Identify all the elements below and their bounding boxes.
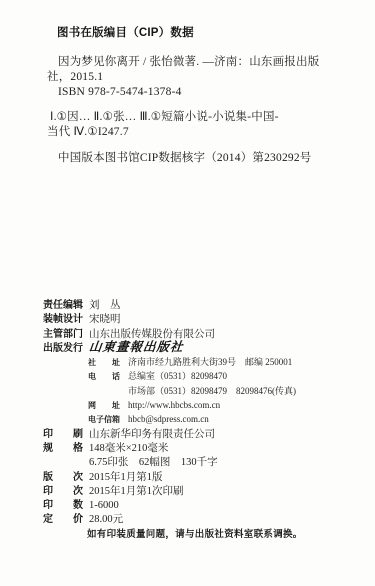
colophon-row-editor: 责任编辑刘 丛 [43,297,353,311]
cip-entry-line1: 因为梦见你离开 / 张怡微著. —济南：山东画报出版 [58,55,345,70]
field-label: 电 话 [88,370,122,384]
colophon-row-website: 网 址http://www.hbcbs.com.cn [43,397,353,411]
field-value: 148毫米×210毫米 [89,443,168,454]
quality-notice: 如有印装质量问题，请与出版社资料室联系调换。 [87,526,303,540]
colophon-row-designer: 装帧设计宋晓明 [43,311,353,325]
field-value: 2015年1月第1次印刷 [89,486,184,497]
cip-block: 图书在版编目（CIP）数据 因为梦见你离开 / 张怡微著. —济南：山东画报出版… [47,26,345,166]
colophon-row-impression: 印 次2015年1月第1次印刷 [43,483,353,497]
colophon-row-phone: 电 话总编室（0531）82098470 [43,368,353,382]
colophon-row-format-2: 6.75印张 62幅图 130千字 [43,454,353,468]
cip-class-line1: Ⅰ.①因… Ⅱ.①张… Ⅲ.①短篇小说-小说集-中国- [50,110,345,125]
colophon-row-address: 社 址济南市经九路胜利大街39号 邮编 250001 [43,354,353,368]
field-value: 1-6000 [89,500,119,511]
field-value: http://www.hbcbs.com.cn [128,400,220,410]
field-value: 刘 丛 [89,300,121,311]
cip-record-number: 中国版本图书馆CIP数据核字（2014）第230292号 [58,151,345,166]
colophon-block: 责任编辑刘 丛 装帧设计宋晓明 主管部门山东出版传媒股份有限公司 出版发行山東畫… [43,297,353,526]
field-label: 定 价 [43,513,85,527]
cip-entry: 因为梦见你离开 / 张怡微著. —济南：山东画报出版 社，2015.1 ISBN… [47,55,345,100]
copyright-page: 图书在版编目（CIP）数据 因为梦见你离开 / 张怡微著. —济南：山东画报出版… [0,0,375,586]
colophon-row-print-run: 印 数1-6000 [43,497,353,511]
field-value: 28.00元 [89,514,123,525]
field-value: 宋晓明 [89,314,121,325]
field-value: 山东出版传媒股份有限公司 [89,329,215,340]
cip-classification: Ⅰ.①因… Ⅱ.①张… Ⅲ.①短篇小说-小说集-中国- 当代 Ⅳ.①I247.7 [47,110,345,140]
colophon-row-printer: 印 刷山东新华印务有限责任公司 [43,426,353,440]
cip-header: 图书在版编目（CIP）数据 [57,26,345,41]
field-value: 济南市经九路胜利大街39号 邮编 250001 [128,357,292,367]
field-value: 2015年1月第1版 [89,472,163,483]
colophon-row-publisher: 出版发行山東畫報出版社 [43,340,353,354]
field-value: hbcb@sdpress.com.cn [128,414,209,424]
field-value: 山东新华印务有限责任公司 [89,429,215,440]
cip-entry-line2: 社，2015.1 [47,70,345,85]
colophon-row-supervisor: 主管部门山东出版传媒股份有限公司 [43,326,353,340]
colophon-row-price: 定 价28.00元 [43,511,353,525]
colophon-row-phone-2: 市场部（0531）82098479 82098476(传真) [43,383,353,397]
cip-class-line2: 当代 Ⅳ.①I247.7 [47,125,345,140]
field-label: 规 格 [43,442,85,456]
publisher-logotype: 山東畫報出版社 [88,340,184,354]
colophon-row-format: 规 格148毫米×210毫米 [43,440,353,454]
field-value: 总编室（0531）82098470 [128,371,227,381]
field-value: 6.75印张 62幅图 130千字 [89,457,218,468]
cip-isbn: ISBN 978-7-5474-1378-4 [58,85,345,100]
colophon-row-edition: 版 次2015年1月第1版 [43,469,353,483]
field-label: 出版发行 [43,342,85,356]
field-value: 市场部（0531）82098479 82098476(传真) [128,386,296,396]
colophon-row-email: 电子信箱hbcb@sdpress.com.cn [43,411,353,425]
